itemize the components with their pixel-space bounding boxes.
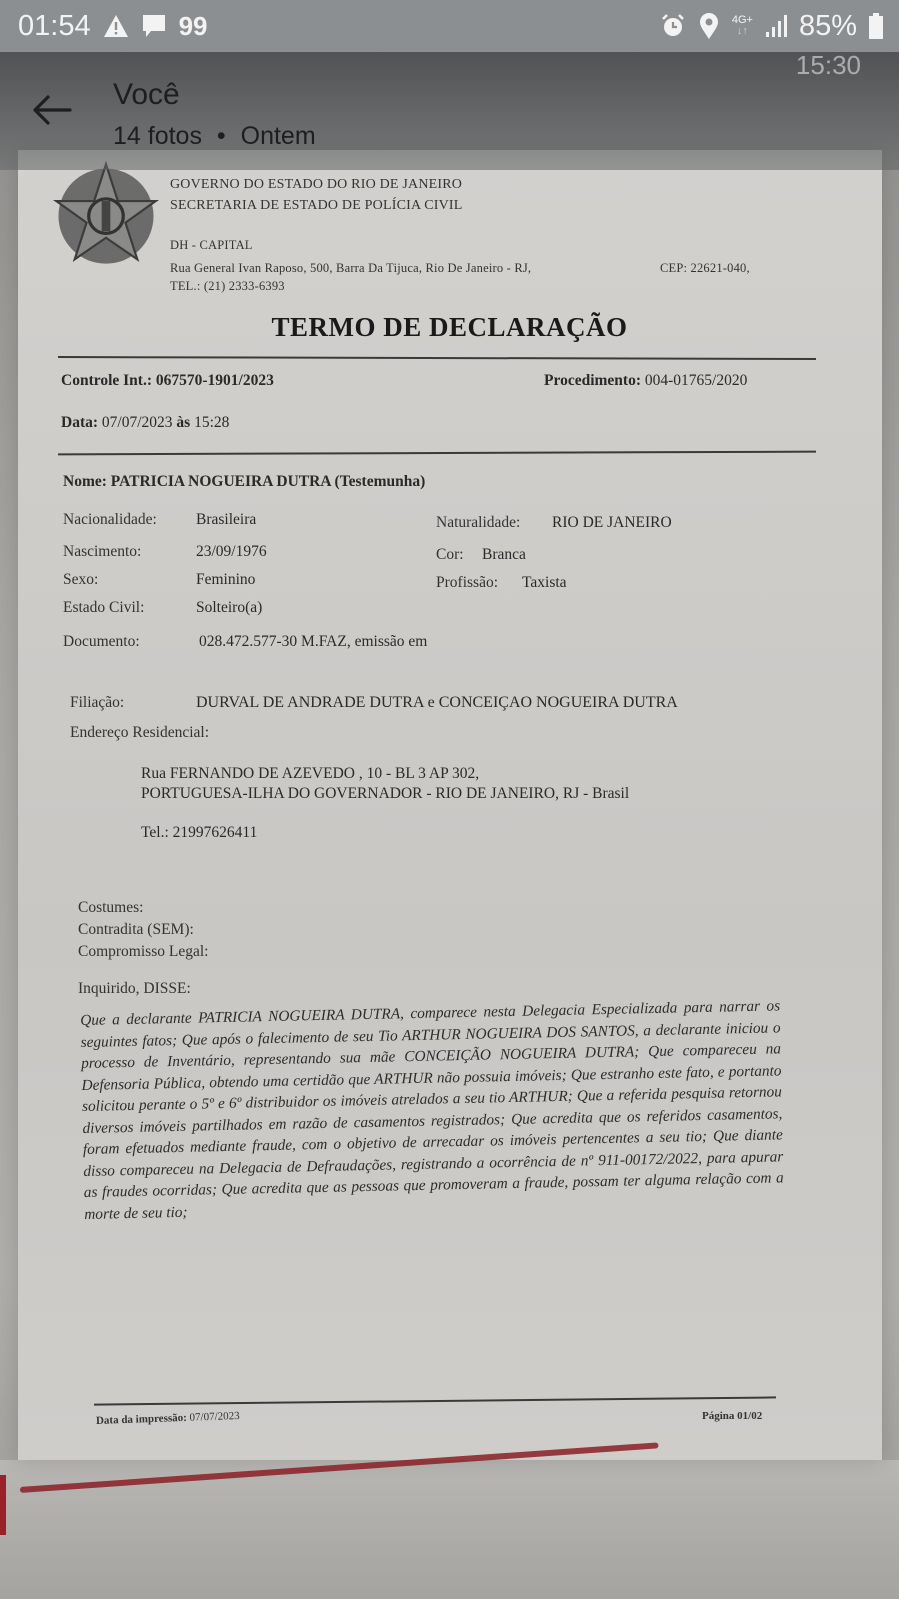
- back-arrow-icon[interactable]: [30, 92, 74, 128]
- police-emblem-icon: [52, 160, 160, 268]
- contradita-label: Contradita (SEM):: [78, 921, 194, 939]
- cor-value: Branca: [482, 546, 526, 564]
- estado-civil-value: Solteiro(a): [196, 599, 262, 617]
- network-4g-icon: 4G+↓↑: [732, 15, 753, 37]
- notification-count: 99: [179, 11, 208, 42]
- status-time: 01:54: [18, 10, 91, 43]
- album-title: Você: [113, 78, 180, 112]
- separator-dot: •: [217, 122, 226, 150]
- battery-percent: 85%: [799, 10, 857, 43]
- warning-icon: [103, 14, 129, 38]
- inquirido-label: Inquirido, DISSE:: [78, 980, 191, 998]
- nascimento-value: 23/09/1976: [196, 543, 267, 561]
- divider: [58, 356, 816, 360]
- battery-icon: [869, 13, 883, 39]
- document-title: TERMO DE DECLARAÇÃO: [0, 312, 899, 343]
- sexo-label: Sexo:: [63, 571, 98, 589]
- nacionalidade-label: Nacionalidade:: [63, 511, 157, 529]
- naturalidade-label: Naturalidade:: [436, 514, 520, 532]
- endereco-label: Endereço Residencial:: [70, 724, 209, 742]
- photo-count: 14 fotos: [113, 122, 202, 150]
- sexo-value: Feminino: [196, 571, 255, 589]
- alarm-icon: [660, 13, 686, 39]
- footer-print-date: Data da impressão: 07/07/2023: [96, 1410, 240, 1427]
- tel-field: Tel.: 21997626411: [141, 824, 257, 842]
- header-secretariat: SECRETARIA DE ESTADO DE POLÍCIA CIVIL: [170, 198, 463, 214]
- header-address: Rua General Ivan Raposo, 500, Barra Da T…: [170, 261, 531, 276]
- signal-icon: [765, 14, 787, 38]
- compromisso-label: Compromisso Legal:: [78, 943, 208, 961]
- naturalidade-value: RIO DE JANEIRO: [552, 514, 672, 532]
- footer-page-number: Página 01/02: [702, 1410, 762, 1422]
- statement-text: Que a declarante PATRICIA NOGUEIRA DUTRA…: [80, 995, 784, 1225]
- cor-label: Cor:: [436, 546, 464, 564]
- endereco-line2: PORTUGUESA-ILHA DO GOVERNADOR - RIO DE J…: [141, 785, 629, 803]
- location-icon: [698, 12, 720, 40]
- nascimento-label: Nascimento:: [63, 543, 141, 561]
- profissao-value: Taxista: [522, 574, 567, 592]
- documento-label: Documento:: [63, 633, 140, 651]
- header-government: GOVERNO DO ESTADO DO RIO DE JANEIRO: [170, 177, 462, 193]
- procedimento-field: Procedimento: 004-01765/2020: [544, 372, 747, 390]
- gallery-header: 15:30 Você 14 fotos • Ontem: [0, 52, 899, 170]
- footer-divider: [94, 1396, 776, 1405]
- nacionalidade-value: Brasileira: [196, 511, 256, 529]
- message-icon: [141, 13, 167, 39]
- album-date: Ontem: [241, 122, 316, 150]
- divider: [58, 451, 816, 456]
- costumes-label: Costumes:: [78, 899, 143, 917]
- profissao-label: Profissão:: [436, 574, 498, 592]
- estado-civil-label: Estado Civil:: [63, 599, 144, 617]
- header-cep: CEP: 22621-040,: [660, 261, 750, 276]
- status-bar: 01:54 99 4G+↓↑ 85%: [0, 0, 899, 52]
- filiacao-label: Filiação:: [70, 694, 124, 712]
- nome-field: Nome: PATRICIA NOGUEIRA DUTRA (Testemunh…: [63, 473, 425, 491]
- document-content: GOVERNO DO ESTADO DO RIO DE JANEIRO SECR…: [0, 0, 899, 1599]
- filiacao-value: DURVAL DE ANDRADE DUTRA e CONCEIÇAO NOGU…: [196, 694, 678, 712]
- endereco-line1: Rua FERNANDO DE AZEVEDO , 10 - BL 3 AP 3…: [141, 765, 479, 783]
- header-unit: DH - CAPITAL: [170, 238, 253, 253]
- album-subtitle: 14 fotos • Ontem: [113, 122, 316, 151]
- data-field: Data: 07/07/2023 às 15:28: [61, 414, 229, 432]
- header-tel: TEL.: (21) 2333-6393: [170, 279, 285, 294]
- ghost-timestamp: 15:30: [796, 50, 861, 81]
- controle-field: Controle Int.: 067570-1901/2023: [61, 372, 274, 390]
- documento-value: 028.472.577-30 M.FAZ, emissão em: [199, 633, 427, 651]
